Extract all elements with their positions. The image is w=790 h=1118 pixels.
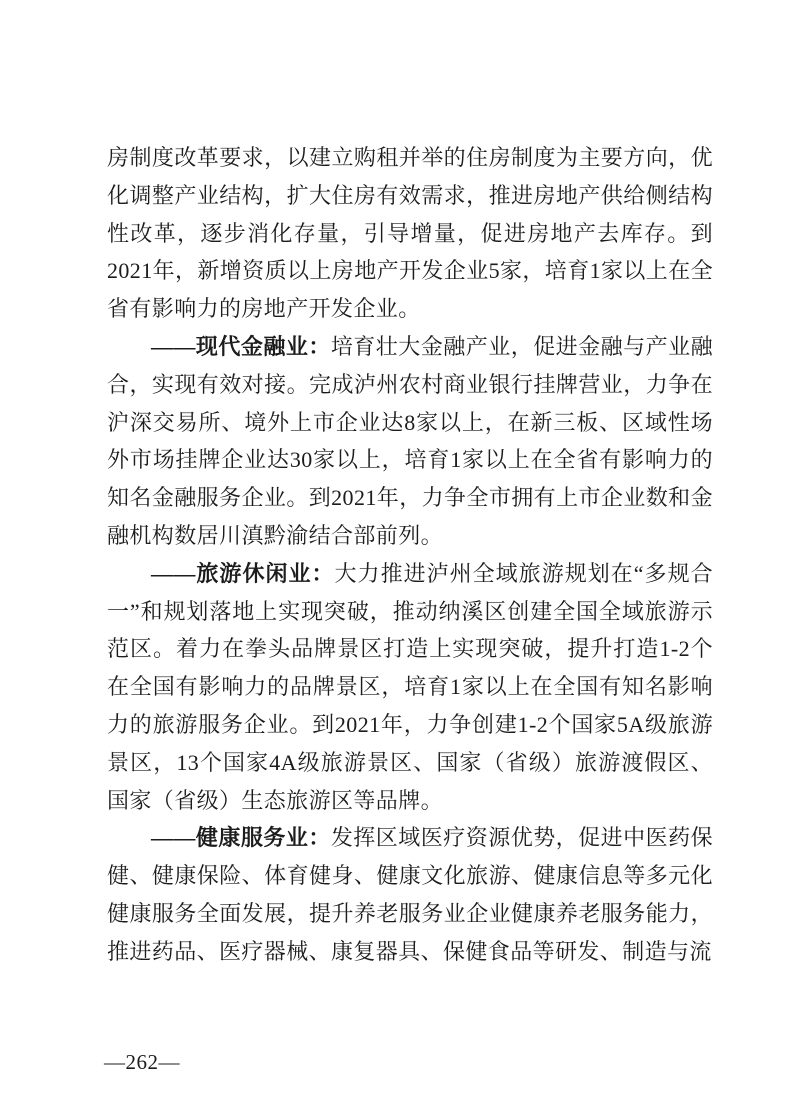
- paragraph-tourism-leisure: ——旅游休闲业：大力推进泸州全域旅游规划在“多规合一”和规划落地上实现突破，推动…: [107, 555, 713, 820]
- paragraph-text: 房制度改革要求，以建立购租并举的住房制度为主要方向，优化调整产业结构，扩大住房有…: [107, 145, 713, 321]
- paragraph-modern-finance: ——现代金融业：培育壮大金融产业，促进金融与产业融合，实现有效对接。完成泸州农村…: [107, 328, 713, 555]
- paragraph-text: 大力推进泸州全域旅游规划在“多规合一”和规划落地上实现突破，推动纳溪区创建全国全…: [107, 561, 713, 813]
- paragraph-text: 培育壮大金融产业，促进金融与产业融合，实现有效对接。完成泸州农村商业银行挂牌营业…: [107, 334, 713, 548]
- section-lead-tourism-leisure: ——旅游休闲业：: [151, 561, 335, 586]
- page-number: —262—: [104, 1046, 180, 1078]
- document-body: 房制度改革要求，以建立购租并举的住房制度为主要方向，优化调整产业结构，扩大住房有…: [107, 139, 713, 971]
- section-lead-modern-finance: ——现代金融业：: [151, 334, 331, 359]
- section-lead-health-services: ——健康服务业：: [151, 825, 331, 850]
- paragraph-health-services: ——健康服务业：发挥区域医疗资源优势，促进中医药保健、健康保险、体育健身、健康文…: [107, 819, 713, 970]
- document-page: 房制度改革要求，以建立购租并举的住房制度为主要方向，优化调整产业结构，扩大住房有…: [0, 0, 790, 1118]
- paragraph-real-estate-continuation: 房制度改革要求，以建立购租并举的住房制度为主要方向，优化调整产业结构，扩大住房有…: [107, 139, 713, 328]
